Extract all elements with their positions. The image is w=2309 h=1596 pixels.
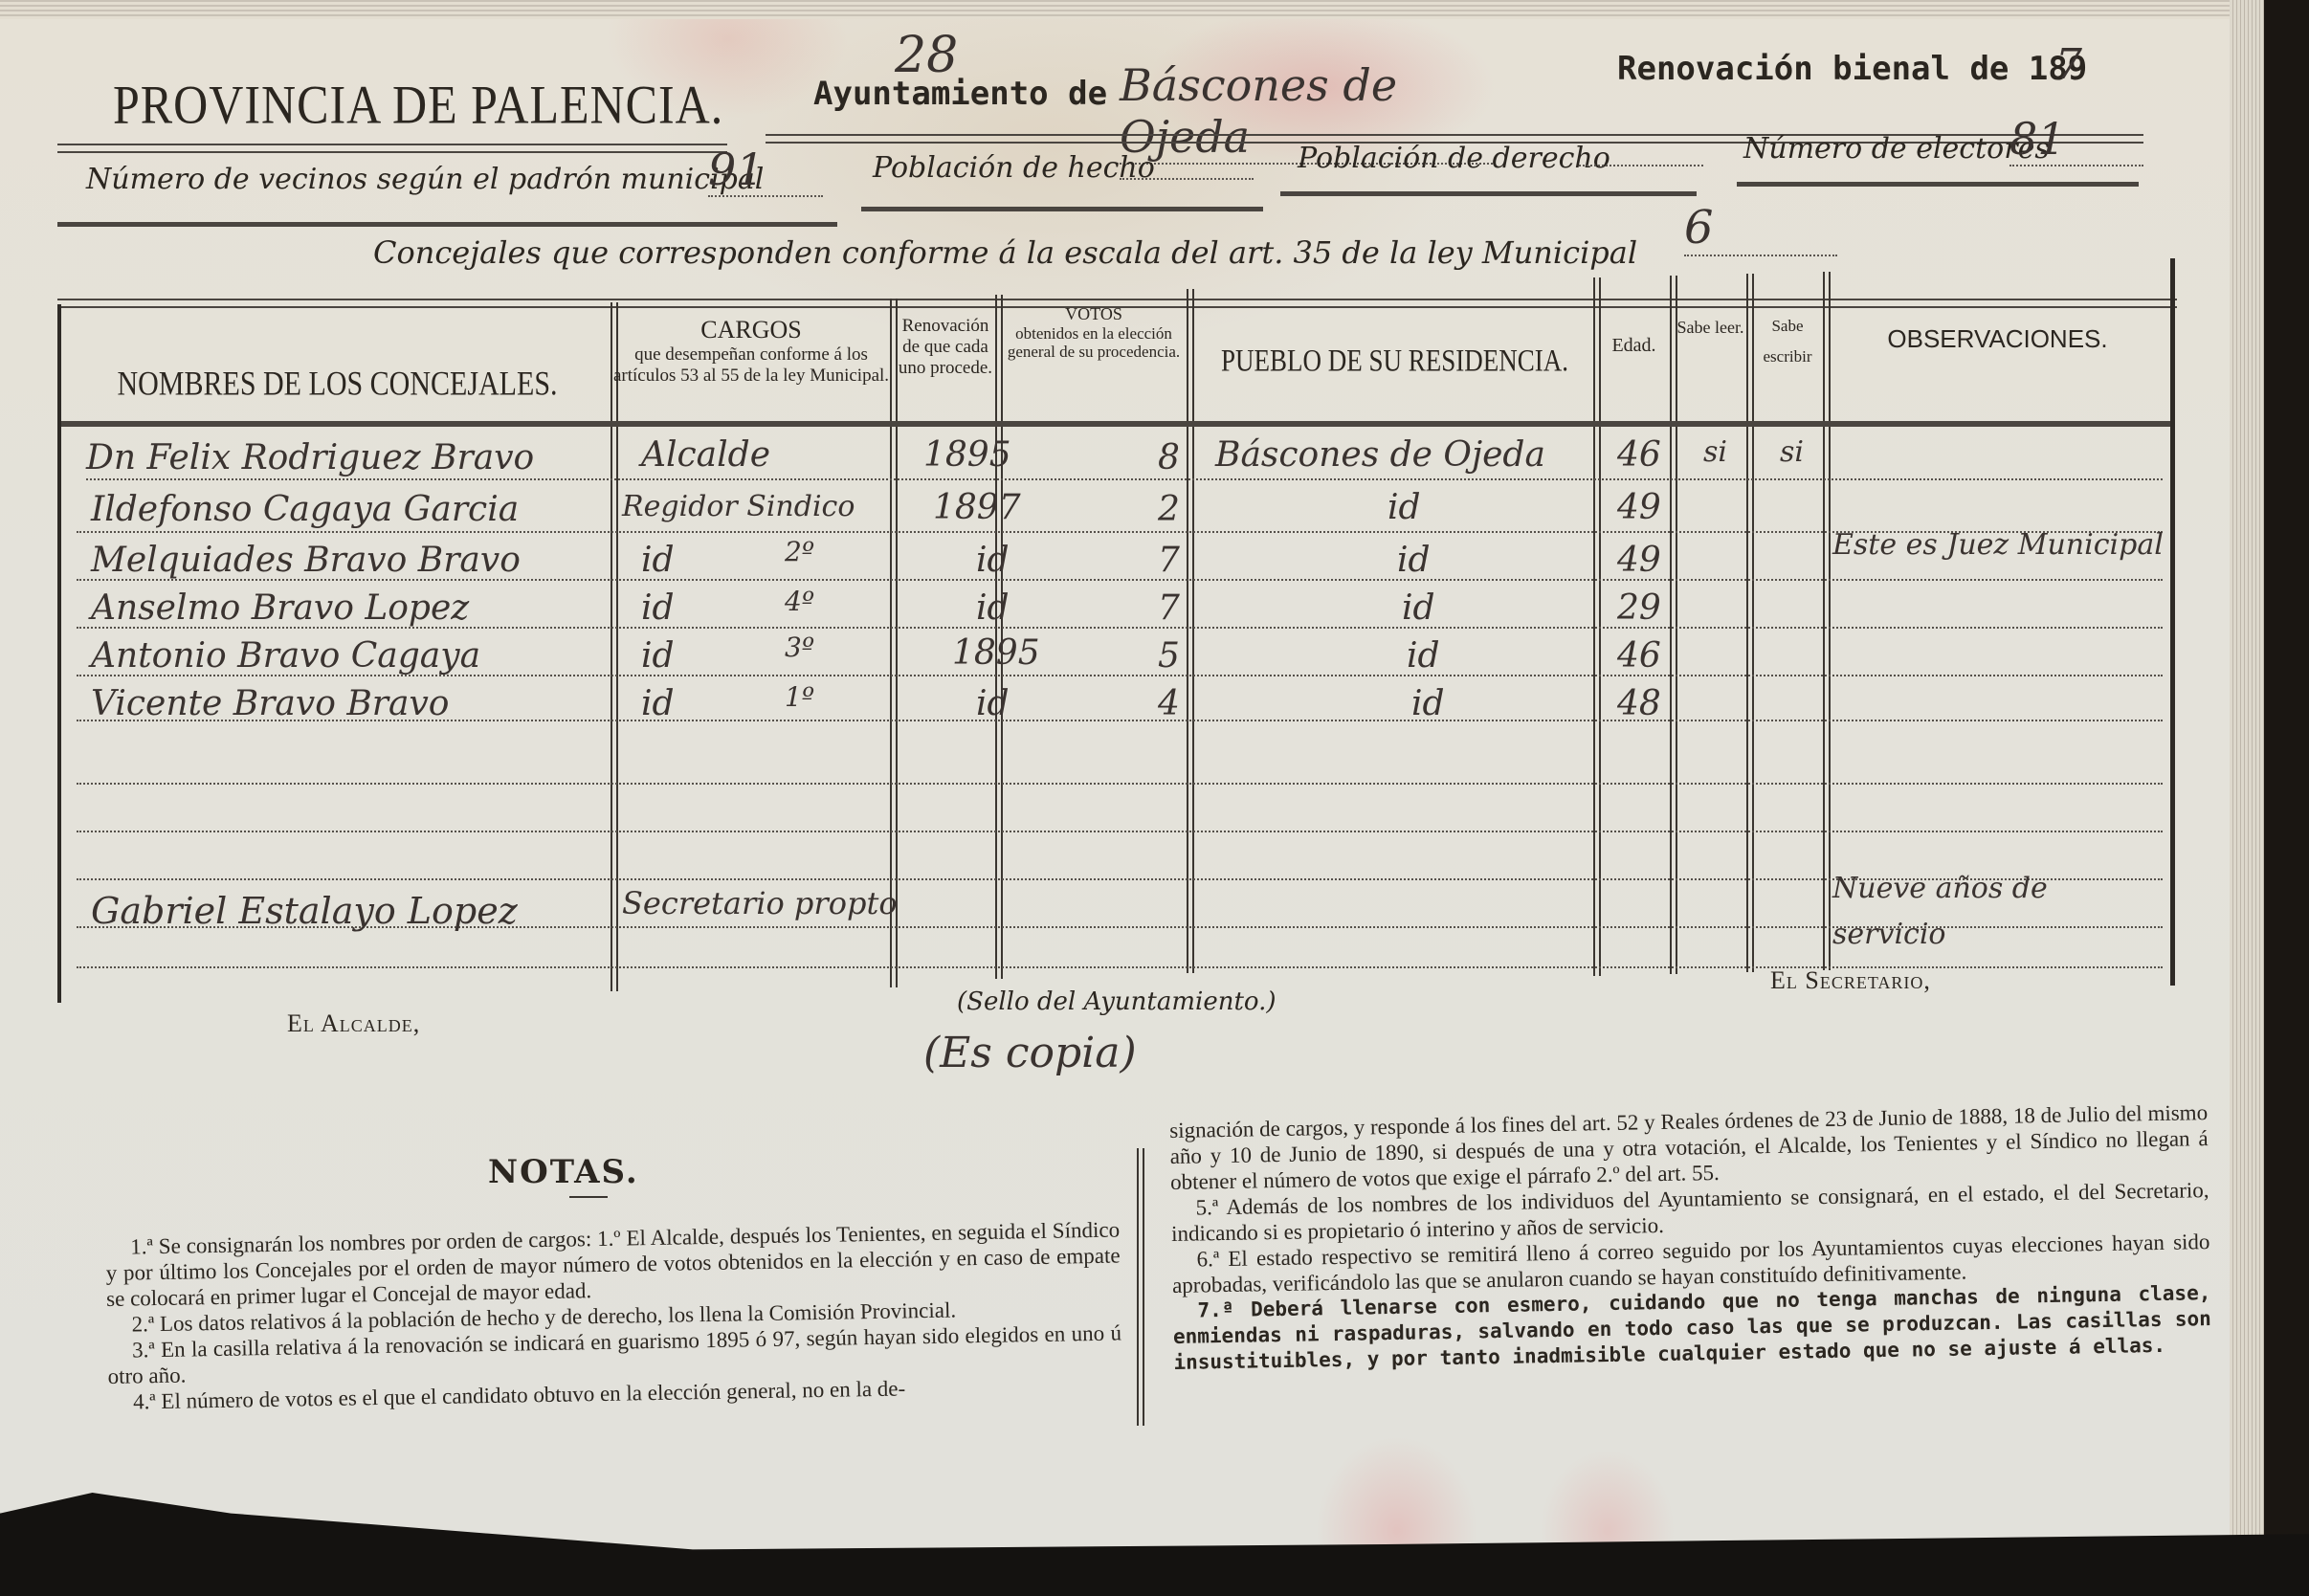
row6-votos[interactable]: 4 (1158, 684, 1180, 723)
row6-pueblo[interactable]: id (1411, 684, 1445, 723)
col-header-edad: Edad. (1598, 335, 1670, 357)
top-page-edge (0, 0, 2230, 19)
row1-votos[interactable]: 8 (1158, 438, 1180, 477)
electores-value[interactable]: 81 (2009, 113, 2143, 166)
row2-votos[interactable]: 2 (1158, 490, 1180, 529)
row1-escribir[interactable]: si (1780, 435, 1804, 469)
rule (1737, 182, 2139, 187)
row4-nombre[interactable]: Anselmo Bravo Lopez (91, 588, 469, 628)
secretario-nombre[interactable]: Gabriel Estalayo Lopez (91, 890, 518, 932)
vecinos-value[interactable]: 91 (708, 144, 823, 197)
alcalde-signature-label: El Alcalde, (287, 1009, 420, 1038)
rule (861, 207, 1263, 211)
electores-label: Número de electores (1743, 132, 2050, 166)
rule (57, 222, 837, 227)
poblacion-hecho-label: Población de hecho (873, 151, 1155, 185)
col-header-cargos: CARGOS que desempeñan conforme á los art… (612, 316, 890, 387)
secretario-cargo[interactable]: Secretario propto (622, 885, 898, 921)
concejales-value[interactable]: 6 (1684, 201, 1837, 256)
es-copia-annotation: (Es copia) (923, 1029, 1137, 1077)
col-header-votos-title: VOTOS (1001, 304, 1187, 324)
row6-edad[interactable]: 48 (1617, 684, 1661, 723)
renovacion-label: Renovación bienal de 189 (1617, 50, 2087, 88)
notes-title: NOTAS. (488, 1153, 639, 1191)
renovacion-year-digit[interactable]: 7 (2055, 40, 2082, 89)
row1-leer[interactable]: si (1703, 435, 1727, 469)
row4-cargo[interactable]: id (641, 588, 675, 628)
row-line (77, 831, 2163, 832)
col-header-observaciones: OBSERVACIONES. (1828, 325, 2167, 354)
row3-cargo-num[interactable]: 2º (785, 536, 814, 567)
col-header-leer: Sabe leer. (1675, 311, 1746, 344)
col-divider (611, 302, 618, 991)
poblacion-derecho-value[interactable] (1579, 165, 1703, 166)
row4-cargo-num[interactable]: 4º (785, 586, 814, 617)
row3-renovacion[interactable]: id (976, 541, 1010, 580)
secretario-signature-label: El Secretario, (1770, 966, 1931, 995)
row1-nombre[interactable]: Dn Felix Rodriguez Bravo (86, 438, 534, 477)
col-divider (1746, 274, 1754, 972)
row6-cargo[interactable]: id (641, 684, 675, 723)
row1-edad[interactable]: 46 (1617, 435, 1661, 475)
notes-title-rule (569, 1196, 608, 1198)
col-header-votos: VOTOS obtenidos en la elección general d… (1001, 304, 1187, 362)
row3-nombre[interactable]: Melquiades Bravo Bravo (91, 541, 521, 580)
row5-nombre[interactable]: Antonio Bravo Cagaya (91, 636, 480, 676)
row5-edad[interactable]: 46 (1617, 636, 1661, 676)
row4-pueblo[interactable]: id (1402, 588, 1435, 628)
row6-nombre[interactable]: Vicente Bravo Bravo (91, 684, 449, 723)
col-header-cargos-title: CARGOS (612, 316, 890, 344)
poblacion-hecho-value[interactable] (1120, 178, 1254, 180)
sello-label: (Sello del Ayuntamiento.) (957, 987, 1277, 1016)
row2-cargo[interactable]: Regidor Sindico (622, 490, 855, 523)
row2-pueblo[interactable]: id (1388, 488, 1421, 527)
row2-renovacion[interactable]: 1897 (933, 488, 1021, 527)
row-line (86, 478, 2163, 480)
row4-votos[interactable]: 7 (1158, 588, 1180, 628)
row-line (77, 783, 2163, 785)
notes-left-column: 1.ª Se consignarán los nombres por orden… (105, 1217, 1122, 1415)
row3-observaciones[interactable]: Este es Juez Municipal (1832, 528, 2164, 562)
notes-column-divider (1137, 1148, 1144, 1426)
row1-cargo[interactable]: Alcalde (641, 435, 770, 475)
row5-cargo-num[interactable]: 3º (785, 632, 814, 663)
col-header-cargos-sub: que desempeñan conforme á los artículos … (612, 344, 890, 387)
row5-votos[interactable]: 5 (1158, 636, 1180, 676)
col-header-renovacion: Renovación de que cada uno procede. (896, 316, 995, 379)
header-bottom-rule (61, 421, 2170, 427)
table-left-border (57, 304, 61, 1003)
row6-cargo-num[interactable]: 1º (785, 681, 814, 713)
notes-right-column: signación de cargos, y responde á los fi… (1169, 1099, 2212, 1376)
col-divider (890, 299, 898, 987)
row1-renovacion[interactable]: 1895 (923, 435, 1011, 475)
col-header-pueblo: PUEBLO DE SU RESIDENCIA. (1196, 344, 1593, 379)
vecinos-label: Número de vecinos según el padrón munici… (86, 163, 764, 196)
col-header-escribir: Sabe escribir (1749, 311, 1826, 373)
col-header-nombres: NOMBRES DE LOS CONCEJALES. (67, 366, 608, 405)
rule (57, 144, 727, 153)
row2-nombre[interactable]: Ildefonso Cagaya Garcia (91, 490, 519, 529)
row2-edad[interactable]: 49 (1617, 488, 1661, 527)
row5-pueblo[interactable]: id (1407, 636, 1440, 676)
row3-pueblo[interactable]: id (1397, 541, 1431, 580)
table-right-border (2170, 258, 2175, 986)
row4-edad[interactable]: 29 (1617, 588, 1661, 628)
row3-edad[interactable]: 49 (1617, 541, 1661, 580)
row5-cargo[interactable]: id (641, 636, 675, 676)
row1-pueblo[interactable]: Báscones de Ojeda (1215, 435, 1545, 475)
col-divider (1187, 289, 1194, 973)
rule (1280, 191, 1697, 196)
province-title: PROVINCIA DE PALENCIA. (113, 73, 723, 137)
ayuntamiento-label: Ayuntamiento de (813, 75, 1107, 113)
row4-renovacion[interactable]: id (976, 588, 1010, 628)
row6-renovacion[interactable]: id (976, 684, 1010, 723)
poblacion-derecho-label: Población de derecho (1298, 142, 1610, 175)
col-divider (1823, 272, 1831, 970)
col-divider (1670, 276, 1677, 974)
row3-cargo[interactable]: id (641, 541, 675, 580)
row3-votos[interactable]: 7 (1158, 541, 1180, 580)
concejales-label: Concejales que corresponden conforme á l… (373, 234, 1637, 271)
col-header-votos-sub: obtenidos en la elección general de su p… (1001, 324, 1187, 362)
row5-renovacion[interactable]: 1895 (952, 633, 1040, 673)
page-stack-edge (2230, 0, 2264, 1569)
secretario-observaciones[interactable]: Nueve años de servicio (1832, 866, 2158, 958)
